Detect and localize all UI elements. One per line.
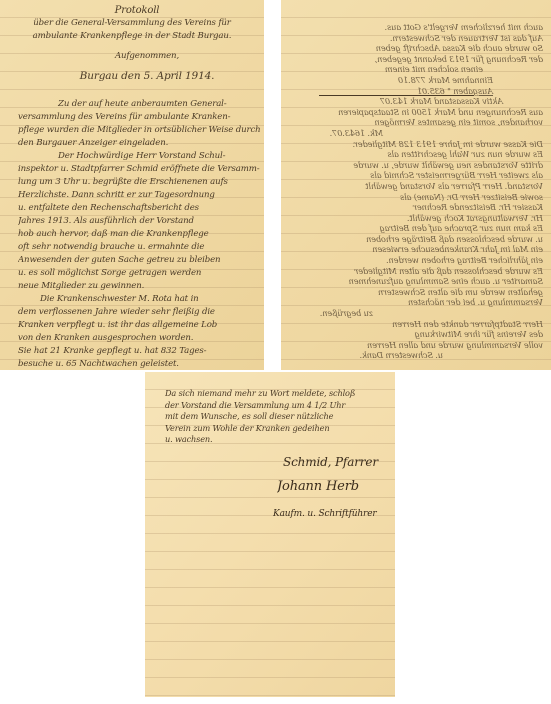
subheading-line: ambulante Krankenpflege in der Stadt Bur… xyxy=(0,30,264,43)
body-line: Zu der auf heute anberaumten General- xyxy=(18,98,264,111)
body-line: u. entfaltete den Rechenschaftsbericht d… xyxy=(18,202,264,215)
body-line: Der Hochwürdige Herr Vorstand Schul- xyxy=(18,150,264,163)
bottom-page: Da sich niemand mehr zu Wort meldete, sc… xyxy=(145,372,395,697)
body-line: Anwesenden der guten Sache getreu zu ble… xyxy=(18,254,264,267)
ledger-underline xyxy=(319,95,474,96)
closing-line: der Vorstand die Versammlung um 4 1/2 Uh… xyxy=(165,400,395,412)
mirrored-line: u. wurde beschlossen daß Beiträge erhobe… xyxy=(301,234,543,245)
mirrored-line: ein jährlicher Beitrag erhoben werden. xyxy=(301,255,543,266)
body-line: den Burgauer Anzeiger eingeladen. xyxy=(18,137,264,150)
balance-line: Aktiv Kassastand Mark 143.07 xyxy=(301,96,543,107)
mirrored-line: Hr. Verwaltungsrat Koch gewählt. xyxy=(301,213,543,224)
mirrored-line: u. Schwestern Dank. xyxy=(301,350,543,361)
mirrored-line: einen solchen mit einem xyxy=(301,64,543,75)
body-line: versammlung des Vereins für ambulante Kr… xyxy=(18,111,264,124)
subheading-line: über die General-Versammlung des Vereins… xyxy=(0,17,264,30)
mirrored-line: ein Mal im Jahr Krankenbesuche erwiesen xyxy=(301,244,543,255)
recorded-label: Aufgenommen, xyxy=(0,50,264,63)
closing-line: u. wachsen. xyxy=(165,434,395,446)
left-page: Protokoll über die General-Versammlung d… xyxy=(0,0,264,370)
body-line: von den Kranken ausgesprochen worden. xyxy=(18,332,264,345)
closing-line: mit dem Wunsche, es soll dieser nützlich… xyxy=(165,411,395,423)
signature-title: Kaufm. u. Schriftführer xyxy=(145,508,395,521)
mirrored-line: der Rechnung für 1913 bekannt gegeben, xyxy=(301,54,543,65)
mirrored-line: Kassier Hr. Beisitzende Rechner xyxy=(301,202,543,213)
date-block: Burgau den 5. April 1914. xyxy=(0,70,264,83)
closing-line: Da sich niemand mehr zu Wort meldete, sc… xyxy=(165,388,395,400)
mirrored-line: dritte Vorstandes neu gewählt wurde, u. … xyxy=(301,160,543,171)
protocol-heading: Protokoll xyxy=(0,4,264,17)
body-line: Kranken verpflegt u. ist ihr das allgeme… xyxy=(18,319,264,332)
signature-herb: Johann Herb xyxy=(145,480,395,498)
mirrored-line: Samariter u. auch eine Sammlung aufzuneh… xyxy=(301,276,543,287)
mirrored-line: vorhanden, somit ein gesamtes Vermögen xyxy=(301,117,543,128)
body-line: besuche u. 65 Nachtwachen geleistet. xyxy=(18,358,264,370)
left-page-body: Zu der auf heute anberaumten General- ve… xyxy=(0,98,264,370)
mirrored-line: als zweiter Herr Bürgermeister Schmid al… xyxy=(301,170,543,181)
body-line: oft sehr notwendig brauche u. ermahnte d… xyxy=(18,241,264,254)
right-page-mirrored-text: auch mit herzlichem Vergelt's Gott aus. … xyxy=(281,22,551,361)
mirrored-line: volle Versammlung wurde und allen Herren xyxy=(301,340,543,351)
body-line: neue Mitglieder zu gewinnen. xyxy=(18,280,264,293)
body-line: Jahres 1913. Als ausführlich der Vorstan… xyxy=(18,215,264,228)
mirrored-line: aus Rechnungen und Mark 1500 in Staatspa… xyxy=(301,107,543,118)
body-line: Die Krankenschwester M. Rota hat in xyxy=(18,293,264,306)
body-line: hob auch hervor, daß man die Krankenpfle… xyxy=(18,228,264,241)
body-line: Herzlichste. Dann schritt er zur Tagesor… xyxy=(18,189,264,202)
body-line: pflege wurden die Mitglieder in ortsübli… xyxy=(18,124,264,137)
closing-line: Verein zum Wohle der Kranken gedeihen xyxy=(165,423,395,435)
mirrored-line: zu begrüßen. xyxy=(301,308,543,319)
mirrored-line: Versammlung u. bei der nächsten xyxy=(301,297,543,308)
right-page: auch mit herzlichem Vergelt's Gott aus. … xyxy=(281,0,551,370)
mirrored-line: Herr Stadtpfarrer dankte den Herren xyxy=(301,319,543,330)
mirrored-line: Es kam nun zur Sprache auf den Beitrag xyxy=(301,223,543,234)
total-line: Mk. 1643.07. xyxy=(301,128,543,139)
mirrored-line: sowie Beisitzer Herr Dr. (Name) als xyxy=(301,192,543,203)
closing-text: Da sich niemand mehr zu Wort meldete, sc… xyxy=(145,388,395,446)
mirrored-line: Vorstand. Herr Pfarrer als Vorstand gewä… xyxy=(301,181,543,192)
mirrored-line: gehalten werde um die alten Schwestern xyxy=(301,287,543,298)
body-line: inspektor u. Stadtpfarrer Schmid eröffne… xyxy=(18,163,264,176)
left-page-header: Protokoll über die General-Versammlung d… xyxy=(0,4,264,43)
mirrored-line: Die Kasse wurde im Jahre 1913 128 Mitgli… xyxy=(301,139,543,150)
mirrored-line: des Vereins für ihre Mitwirkung xyxy=(301,329,543,340)
mirrored-line: Es wurde nun zur Wahl geschritten als xyxy=(301,149,543,160)
income-line: Einnahme Mark 778.10 xyxy=(301,75,543,86)
body-line: lung um 3 Uhr u. begrüßte die Erschienen… xyxy=(18,176,264,189)
recorded-block: Aufgenommen, xyxy=(0,50,264,63)
body-line: dem verflossenen Jahre wieder sehr fleiß… xyxy=(18,306,264,319)
mirrored-line: So wurde auch die Kassa Abschrift geben xyxy=(301,43,543,54)
signature-pastor: Schmid, Pfarrer xyxy=(145,456,395,472)
place-date: Burgau den 5. April 1914. xyxy=(0,70,264,83)
body-line: Sie hat 21 Kranke gepflegt u. hat 832 Ta… xyxy=(18,345,264,358)
mirrored-line: Auf das ist Vertrauen der Schwestern. xyxy=(301,33,543,44)
mirrored-line: Es wurde beschlossen daß die alten Mitgl… xyxy=(301,266,543,277)
mirrored-line: auch mit herzlichem Vergelt's Gott aus. xyxy=(301,22,543,33)
body-line: u. es soll möglichst Sorge getragen werd… xyxy=(18,267,264,280)
